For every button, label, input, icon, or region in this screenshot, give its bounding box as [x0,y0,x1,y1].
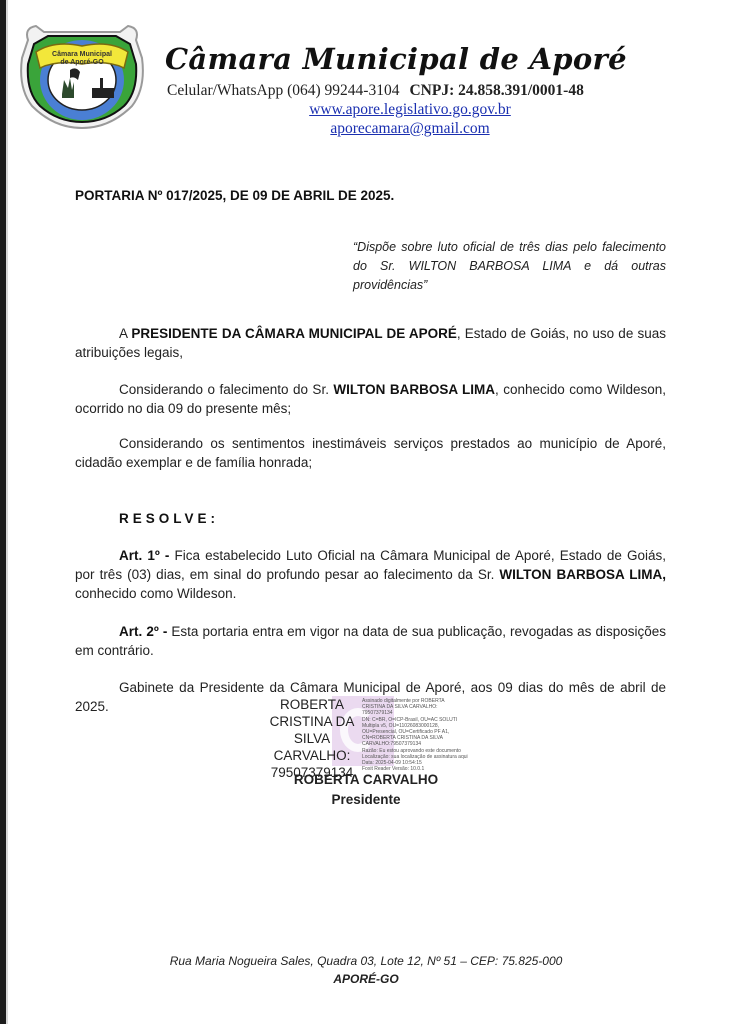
ementa-text: “Dispõe sobre luto oficial de três dias … [353,238,666,295]
digital-signer-name: ROBERTA CRISTINA DA SILVA CARVALHO: 7950… [258,696,366,781]
signer-role: Presidente [0,792,732,807]
svg-text:Câmara Municipal: Câmara Municipal [52,51,112,58]
article-1: Art. 1º - Fica estabelecido Luto Oficial… [75,546,666,603]
resolve-heading: RESOLVE: [119,511,219,526]
cnpj-text: CNPJ: 24.858.391/0001-48 [409,82,583,99]
website-link[interactable]: www.apore.legislativo.go.gov.br [0,101,732,119]
email-link[interactable]: aporecamara@gmail.com [0,120,732,138]
document-title: PORTARIA Nº 017/2025, DE 09 DE ABRIL DE … [75,188,394,203]
article-2: Art. 2º - Esta portaria entra em vigor n… [75,622,666,660]
paragraph-preamble: A PRESIDENTE DA CÂMARA MUNICIPAL DE APOR… [75,324,666,362]
left-edge-shadow [6,0,8,1024]
signer-name: ROBERTA CARVALHO [0,772,732,787]
phone-text: Celular/WhatsApp (064) 99244-3104 [167,82,399,99]
paragraph-considering-2: Considerando os sentimentos inestimáveis… [75,434,666,472]
footer-address: Rua Maria Nogueira Sales, Quadra 03, Lot… [0,954,732,968]
digital-signature-details: Assinado digitalmente por ROBERTA CRISTI… [362,698,482,772]
svg-text:de Aporé-GO: de Aporé-GO [60,59,104,66]
chamber-title: Câmara Municipal de Aporé [165,42,627,76]
paragraph-considering-1: Considerando o falecimento do Sr. WILTON… [75,380,666,418]
footer-city: APORÉ-GO [0,972,732,986]
contact-line: Celular/WhatsApp (064) 99244-3104CNPJ: 2… [167,82,584,100]
